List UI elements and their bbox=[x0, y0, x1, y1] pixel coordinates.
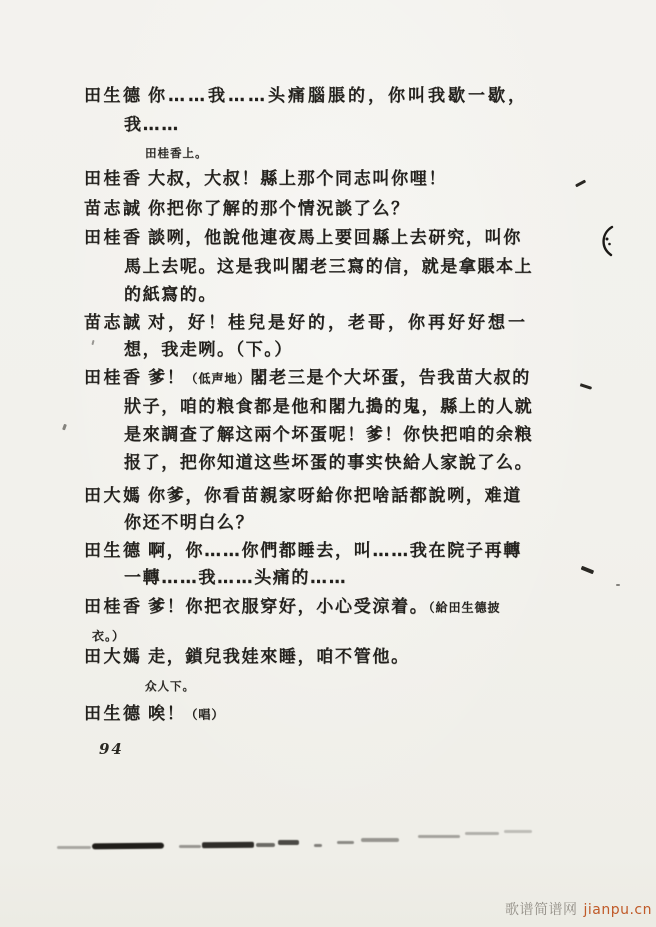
stage-text: 众人下。 bbox=[145, 679, 195, 693]
dialogue-text: 閣老三是个大坏蛋，告我苗大叔的 bbox=[250, 368, 531, 388]
dialogue-text: 爹！你把衣服穿好，小心受涼着。 bbox=[148, 597, 429, 617]
dialogue-line: 苗志誠你把你了解的那个情況談了么？ bbox=[84, 199, 410, 219]
speaker-name: 田桂香 bbox=[84, 368, 141, 388]
speaker-name: 田生德 bbox=[84, 704, 141, 724]
dialogue-line: 苗志誠对，好！桂兒是好的，老哥，你再好好想一 bbox=[84, 313, 528, 333]
dialogue-text: 走，鎖兒我娃來睡，咱不管他。 bbox=[148, 647, 410, 667]
dialogue-text: 是來調查了解这兩个坏蛋呢！爹！你快把咱的余粮 bbox=[124, 425, 533, 445]
speaker-name: 苗志誠 bbox=[84, 313, 141, 333]
ink-speck bbox=[575, 180, 586, 187]
speaker-name: 田桂香 bbox=[84, 228, 141, 248]
stage-direction-continuation: 衣。） bbox=[92, 626, 125, 646]
dialogue-text: 爹！ bbox=[148, 368, 185, 388]
continuation-line: 是來調查了解这兩个坏蛋呢！爹！你快把咱的余粮 bbox=[124, 425, 533, 445]
continuation-line: 一轉……我……头痛的…… bbox=[124, 568, 347, 588]
dialogue-text: 想，我走咧。（下。） bbox=[124, 340, 293, 360]
continuation-line: 报了，把你知道这些坏蛋的事实快給人家說了么。 bbox=[124, 453, 533, 473]
speaker-name: 田生德 bbox=[84, 86, 141, 106]
dialogue-text: 大叔，大叔！縣上那个同志叫你哩！ bbox=[148, 169, 447, 189]
ink-speck bbox=[91, 340, 94, 345]
page-number: 94 bbox=[99, 740, 124, 758]
watermark-site-url: jianpu.cn bbox=[583, 902, 652, 918]
dialogue-line: 田生德你……我……头痛腦脹的，你叫我歇一歇， bbox=[84, 86, 528, 106]
watermark-site-name: 歌谱简谱网 bbox=[505, 902, 578, 918]
dialogue-text: 报了，把你知道这些坏蛋的事实快給人家說了么。 bbox=[124, 453, 533, 473]
continuation-line: 想，我走咧。（下。） bbox=[124, 340, 293, 360]
continuation-line: 狀子，咱的粮食都是他和閣九搗的鬼，縣上的人就 bbox=[124, 397, 533, 417]
watermark: 歌谱简谱网jianpu.cn bbox=[505, 899, 652, 919]
dialogue-line: 田桂香爹！（低声地）閣老三是个大坏蛋，告我苗大叔的 bbox=[84, 368, 531, 389]
continuation-line: 你还不明白么？ bbox=[124, 513, 254, 533]
speaker-name: 田桂香 bbox=[84, 169, 141, 189]
stage-direction: 众人下。 bbox=[145, 676, 195, 696]
ink-speck bbox=[616, 584, 620, 586]
dialogue-line: 田生德唉！（唱） bbox=[84, 704, 224, 725]
ink-smudge-crescent bbox=[598, 224, 616, 262]
dialogue-text: 你……我……头痛腦脹的，你叫我歇一歇， bbox=[148, 86, 528, 106]
stage-text: 衣。） bbox=[92, 629, 125, 643]
speaker-name: 田大媽 bbox=[84, 486, 141, 506]
dialogue-text: 你还不明白么？ bbox=[124, 513, 254, 533]
dialogue-line: 田大媽走，鎖兒我娃來睡，咱不管他。 bbox=[84, 647, 410, 667]
speaker-name: 田桂香 bbox=[84, 597, 141, 617]
dialogue-text: 馬上去呢。这是我叫閣老三寫的信，就是拿賬本上 bbox=[124, 257, 533, 277]
dialogue-text: 我…… bbox=[124, 115, 180, 135]
scanned-script-page: 田生德你……我……头痛腦脹的，你叫我歇一歇， 我…… 田桂香上。 田桂香大叔，大… bbox=[0, 0, 656, 927]
continuation-line: 馬上去呢。这是我叫閣老三寫的信，就是拿賬本上 bbox=[124, 257, 533, 277]
ink-speck bbox=[581, 566, 594, 574]
dialogue-text: 唉！ bbox=[148, 704, 185, 724]
dialogue-line: 田生德啊，你……你們都睡去，叫……我在院子再轉 bbox=[84, 541, 522, 561]
continuation-line: 我…… bbox=[124, 115, 180, 135]
ink-speck bbox=[62, 424, 66, 430]
dialogue-text: 的紙寫的。 bbox=[124, 285, 217, 305]
stage-text: 田桂香上。 bbox=[145, 146, 208, 160]
dialogue-line: 田桂香談咧，他說他連夜馬上要回縣上去研究，叫你 bbox=[84, 228, 522, 248]
inline-stage-direction: （唱） bbox=[185, 708, 224, 722]
dialogue-text: 你把你了解的那个情況談了么？ bbox=[148, 199, 410, 219]
dialogue-line: 田桂香爹！你把衣服穿好，小心受涼着。（給田生德披 bbox=[84, 597, 501, 618]
dialogue-text: 一轉……我……头痛的…… bbox=[124, 568, 347, 588]
ink-speck bbox=[580, 383, 592, 390]
inline-stage-direction: （給田生德披 bbox=[429, 601, 501, 615]
dialogue-text: 啊，你……你們都睡去，叫……我在院子再轉 bbox=[148, 541, 522, 561]
speaker-name: 田生德 bbox=[84, 541, 141, 561]
dialogue-line: 田桂香大叔，大叔！縣上那个同志叫你哩！ bbox=[84, 169, 447, 189]
continuation-line: 的紙寫的。 bbox=[124, 285, 217, 305]
dialogue-line: 田大媽你爹，你看苗親家呀給你把啥話都說咧，难道 bbox=[84, 486, 522, 506]
dialogue-text: 你爹，你看苗親家呀給你把啥話都說咧，难道 bbox=[148, 486, 522, 506]
speaker-name: 苗志誠 bbox=[84, 199, 141, 219]
inline-stage-direction: （低声地） bbox=[185, 372, 250, 386]
speaker-name: 田大媽 bbox=[84, 647, 141, 667]
dialogue-text: 对，好！桂兒是好的，老哥，你再好好想一 bbox=[148, 313, 528, 333]
stage-direction: 田桂香上。 bbox=[145, 143, 208, 163]
dialogue-text: 談咧，他說他連夜馬上要回縣上去研究，叫你 bbox=[148, 228, 522, 248]
dialogue-text: 狀子，咱的粮食都是他和閣九搗的鬼，縣上的人就 bbox=[124, 397, 533, 417]
